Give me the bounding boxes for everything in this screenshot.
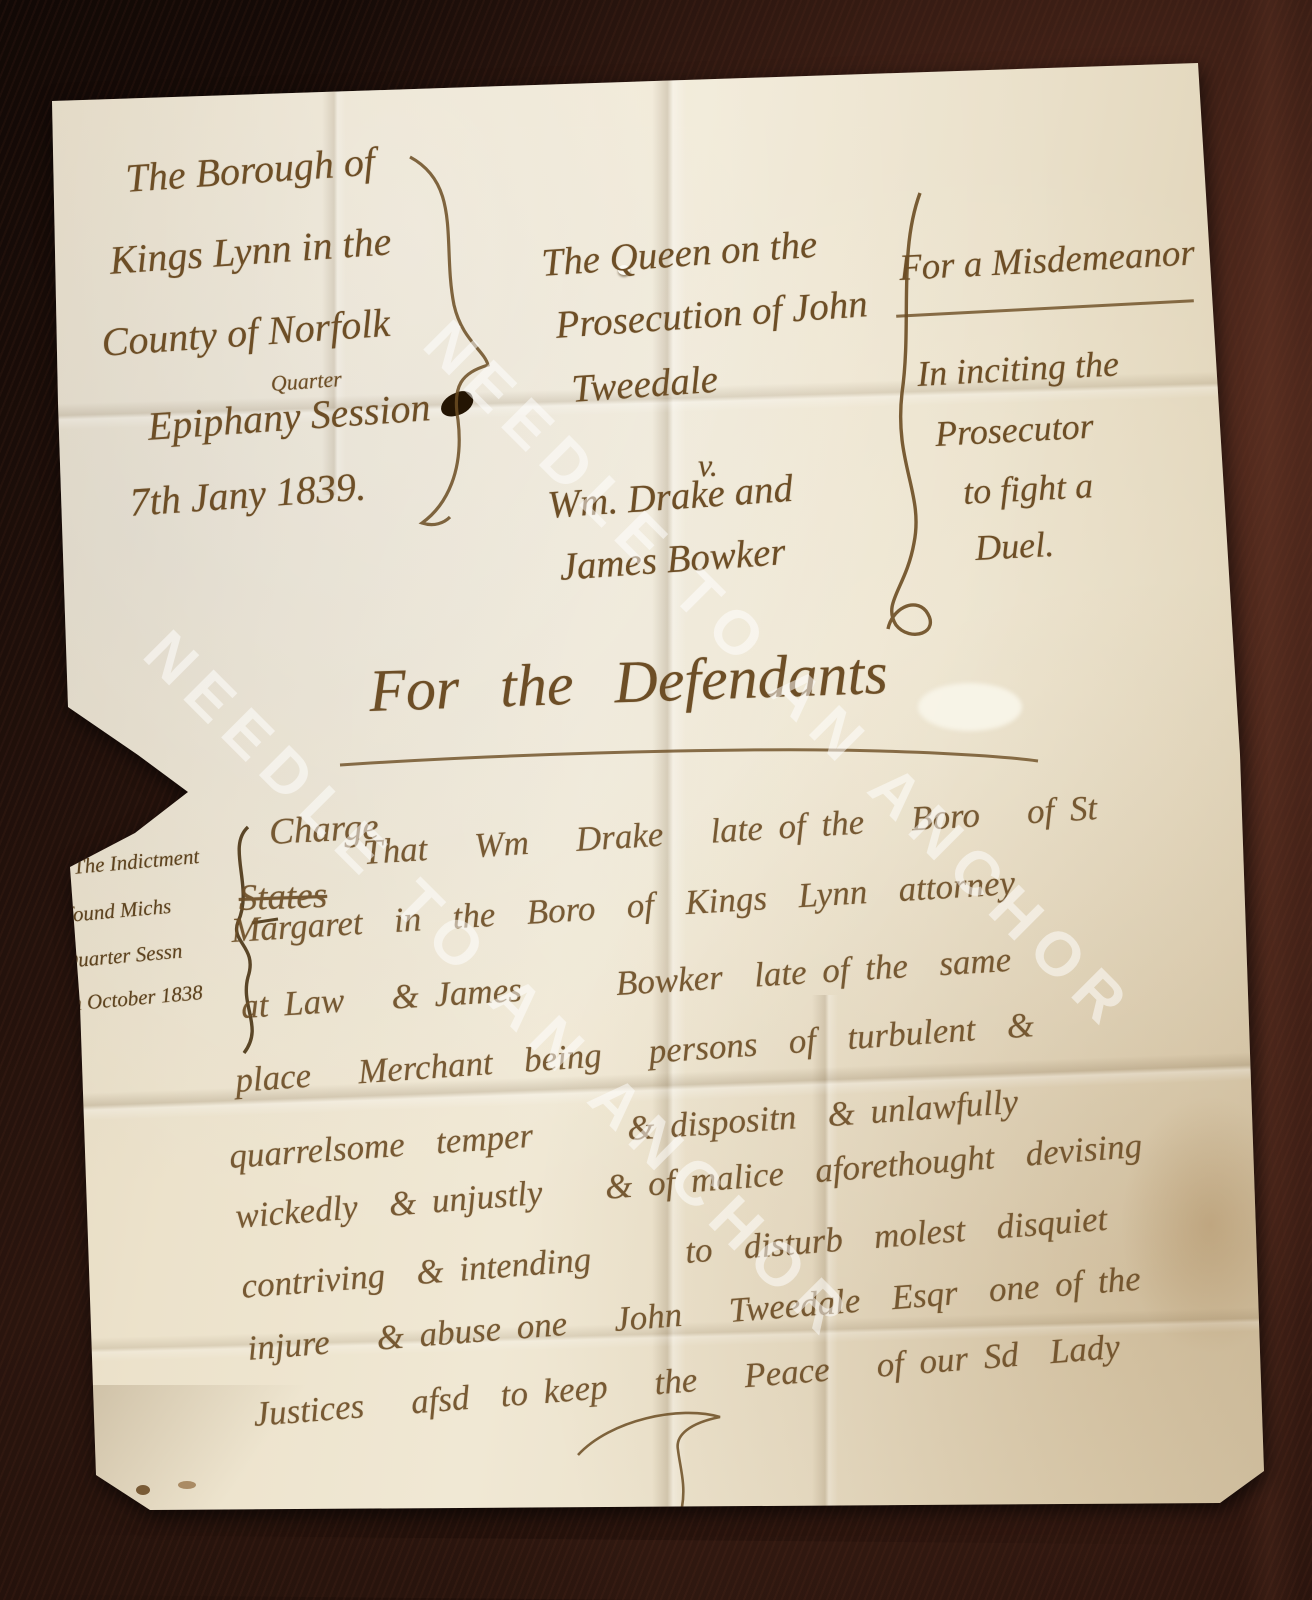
closing-flourish — [570, 1395, 750, 1515]
corner-stain — [136, 1485, 150, 1495]
heading-correction-patch — [918, 683, 1022, 731]
manuscript-page: The Borough of Kings Lynn in the County … — [40, 55, 1275, 1557]
photo-of-document: { "photo": { "watermark_text": "NEEDLE T… — [0, 0, 1312, 1600]
vertical-fold-lower — [812, 995, 838, 1555]
venue-line-2: Kings Lynn in the — [108, 217, 393, 284]
body-line-1: That Wm Drake late of the Boro of St — [362, 788, 1098, 873]
case-line-4: Wm. Drake and — [546, 466, 794, 528]
right-edge-stain — [1120, 1095, 1270, 1355]
charge-line-4: Duel. — [974, 523, 1055, 569]
charge-line-3: to fight a — [962, 464, 1094, 513]
margin-note-line-1: The Indictment — [72, 844, 200, 880]
page-heading: For the Defendants — [368, 639, 889, 726]
venue-line-4: Epiphany Session — [146, 383, 432, 450]
margin-note-line-4: 8th October 1838 — [54, 980, 204, 1018]
case-line-5: James Bowker — [558, 529, 787, 590]
case-line-1: The Queen on the — [540, 222, 819, 286]
margin-note-line-2: found Michs — [66, 894, 172, 928]
case-line-2: Prosecution of John — [554, 281, 869, 348]
case-line-3: Tweedale — [570, 357, 719, 412]
charge-line-2: Prosecutor — [934, 405, 1095, 455]
venue-brace — [392, 155, 502, 535]
venue-line-3: County of Norfolk — [100, 299, 391, 366]
venue-line-5: 7th Jany 1839. — [128, 462, 367, 525]
margin-note-line-3: Quarter Sessn — [62, 939, 183, 974]
corner-stain — [178, 1481, 196, 1489]
body-line-2: Margaret in the Boro of Kings Lynn attor… — [230, 863, 1016, 951]
heading-underline — [340, 743, 1040, 773]
paper-sheet: The Borough of Kings Lynn in the County … — [40, 55, 1275, 1557]
venue-line-1: The Borough of — [124, 138, 376, 202]
